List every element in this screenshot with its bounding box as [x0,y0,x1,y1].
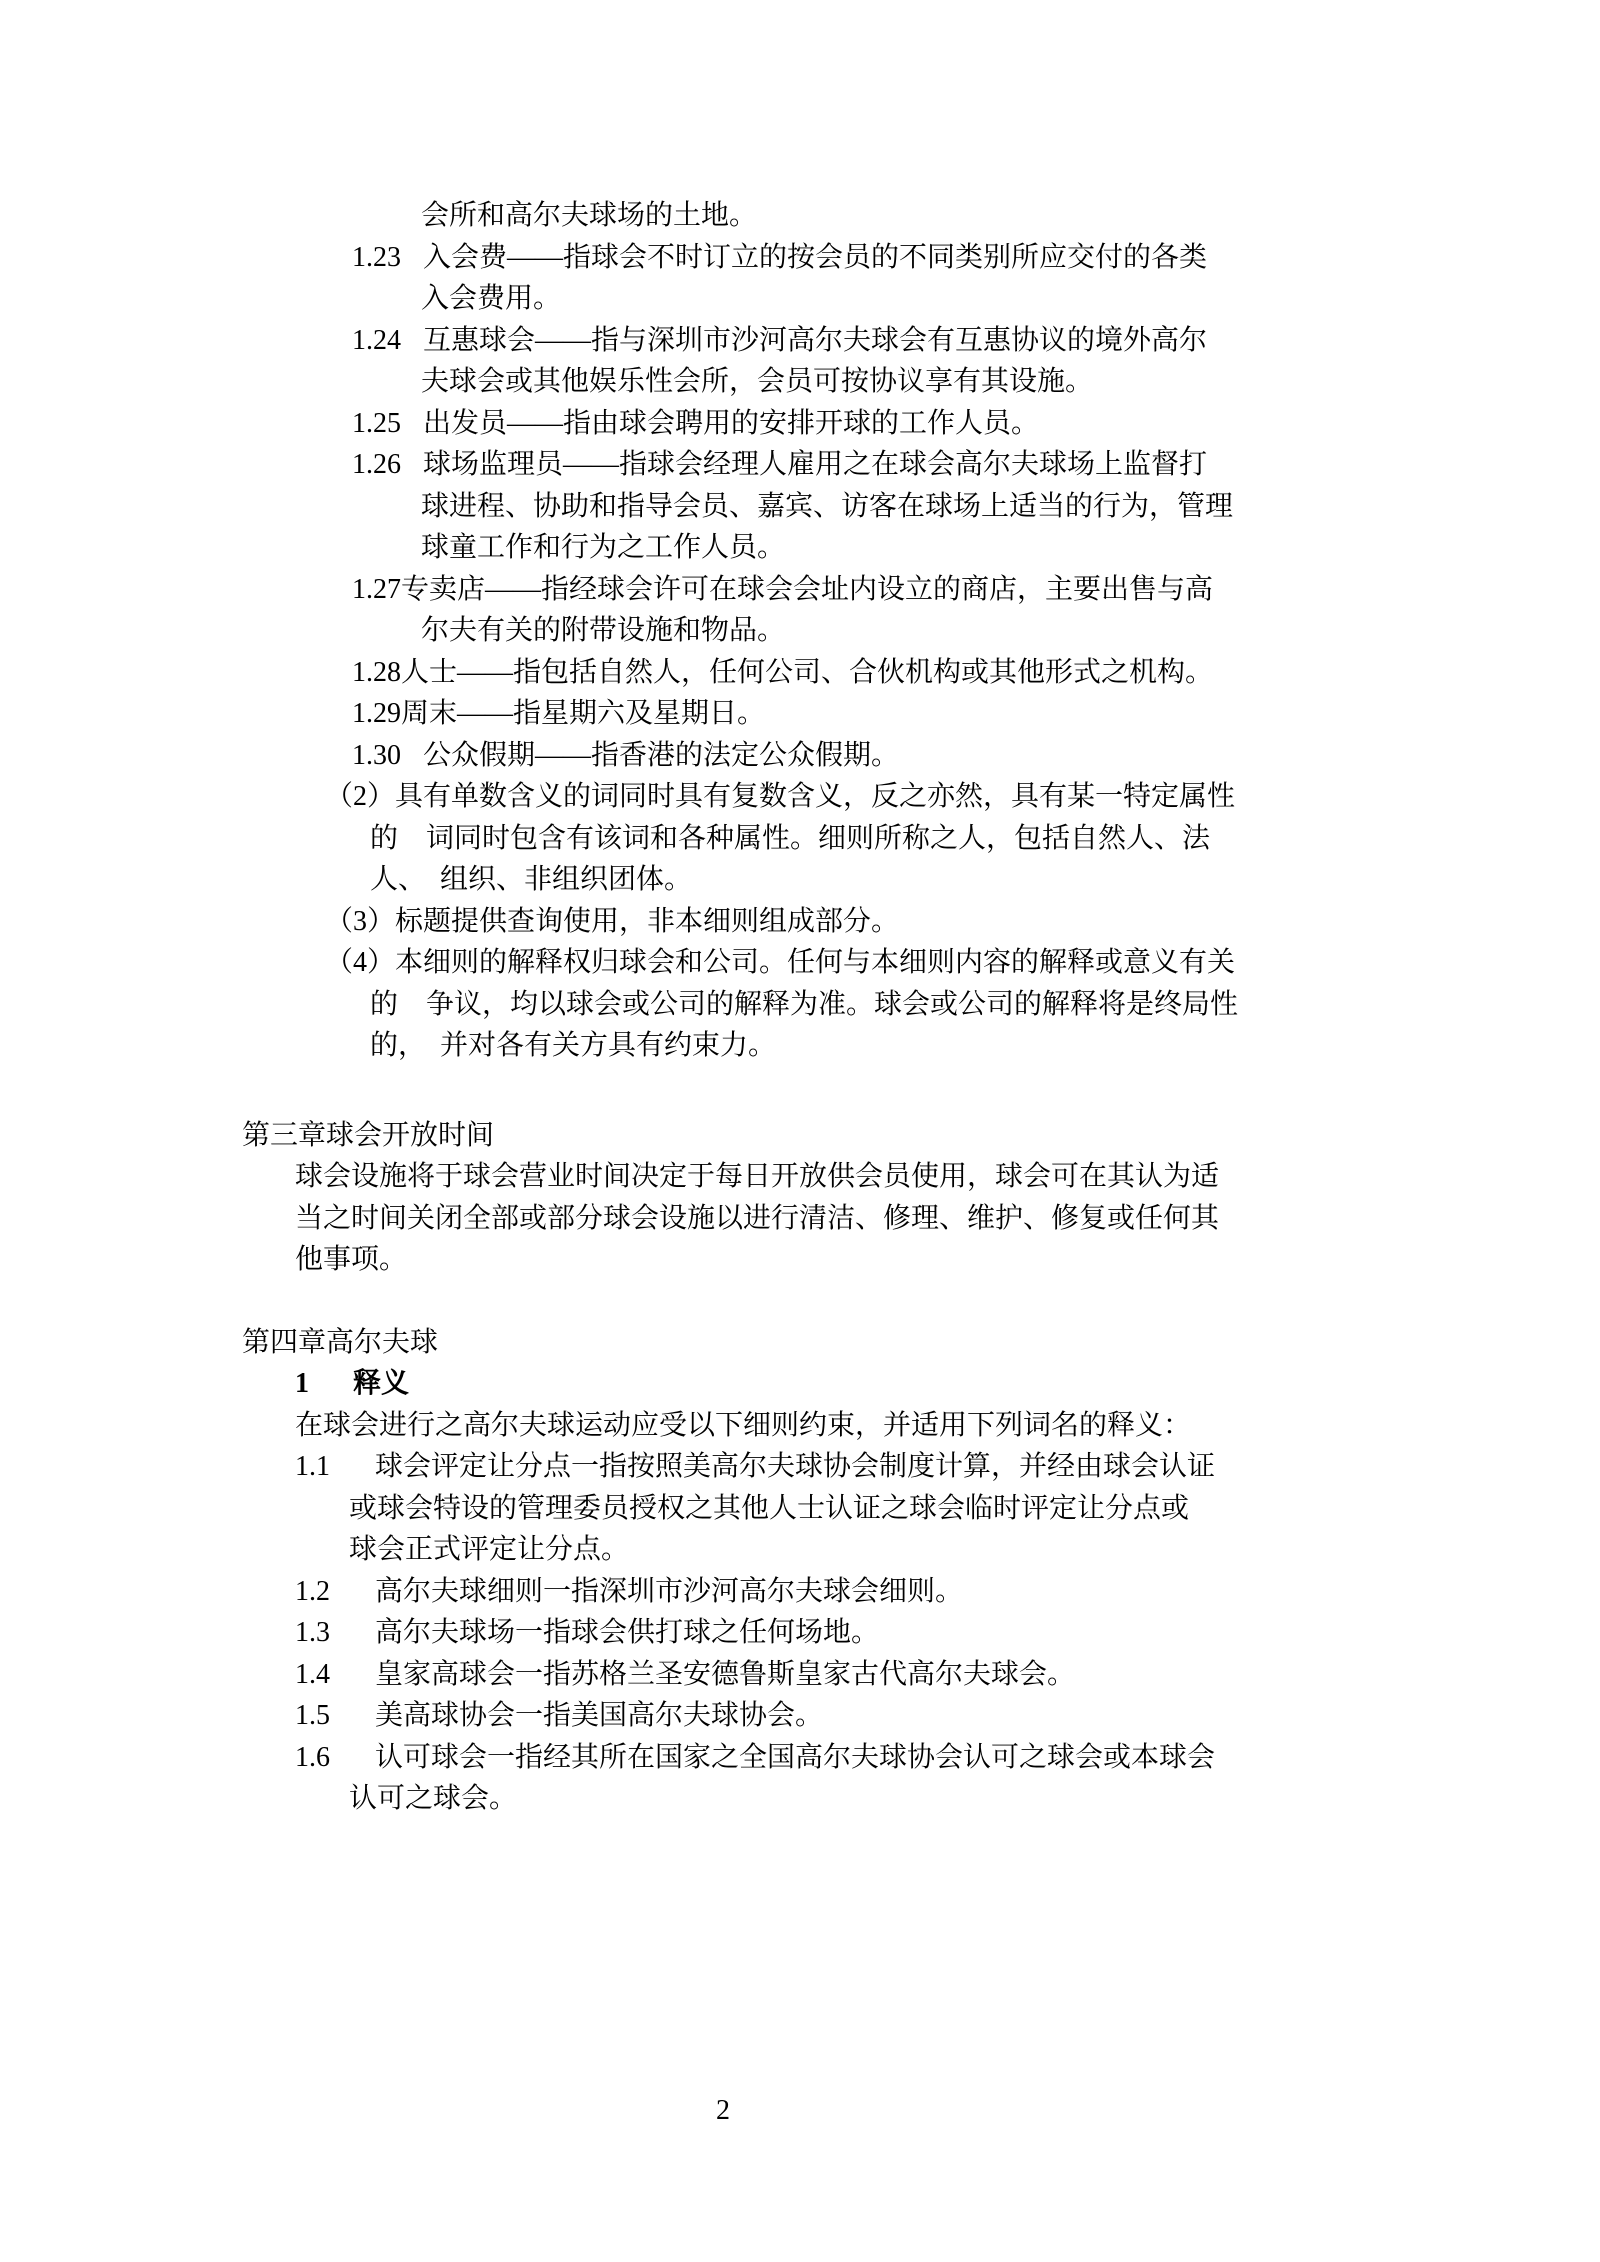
text-line: 球会设施将于球会营业时间决定于每日开放供会员使用，球会可在其认为适 [295,1156,1600,1198]
text-line: 1.5美高球协会一指美国高尔夫球协会。 [295,1695,1600,1737]
text-line: 1.27专卖店——指经球会许可在球会会址内设立的商店，主要出售与高 [352,569,1600,611]
text-line: 夫球会或其他娱乐性会所，会员可按协议享有其设施。 [421,361,1600,403]
text-line: 1.25出发员——指由球会聘用的安排开球的工作人员。 [352,403,1600,445]
line-text: 球场监理员——指球会经理人雇用之在球会高尔夫球场上监督打 [423,449,1207,480]
text-line: 的 词同时包含有该词和各种属性。细则所称之人，包括自然人、法 [370,818,1600,860]
text-line: 球童工作和行为之工作人员。 [421,527,1600,569]
text-line: 认可之球会。 [349,1778,1600,1820]
line-text: 皇家高球会一指苏格兰圣安德鲁斯皇家古代高尔夫球会。 [375,1659,1075,1690]
text-line: 入会费用。 [421,278,1600,320]
line-text: 美高球协会一指美国高尔夫球协会。 [375,1700,823,1731]
item-number: 1.30 [352,735,423,777]
item-number: 1.6 [295,1737,375,1779]
text-line: 球进程、协助和指导会员、嘉宾、访客在球场上适当的行为，管理 [421,486,1600,528]
page-number: 2 [716,2096,730,2126]
text-line: 1.3高尔夫球场一指球会供打球之任何场地。 [295,1612,1600,1654]
item-number: 1.23 [352,237,423,279]
text-line: 第四章高尔夫球 [242,1322,1600,1364]
item-number: 1.1 [295,1446,375,1488]
document-page: 会所和高尔夫球场的土地。1.23入会费——指球会不时订立的按会员的不同类别所应交… [0,0,1600,2262]
item-number: 1.2 [295,1571,375,1613]
item-number: 1.25 [352,403,423,445]
text-line: 1.6认可球会一指经其所在国家之全国高尔夫球协会认可之球会或本球会 [295,1737,1600,1779]
text-line: 的 争议，均以球会或公司的解释为准。球会或公司的解释将是终局性 [370,984,1600,1026]
item-number: 1.4 [295,1654,375,1696]
text-line: 1.29周末——指星期六及星期日。 [352,693,1600,735]
text-line: 球会正式评定让分点。 [349,1529,1600,1571]
line-text: 球会评定让分点一指按照美高尔夫球协会制度计算，并经由球会认证 [375,1451,1215,1482]
line-text: 互惠球会——指与深圳市沙河高尔夫球会有互惠协议的境外高尔 [423,325,1207,356]
text-line: 尔夫有关的附带设施和物品。 [421,610,1600,652]
text-line: 1.23入会费——指球会不时订立的按会员的不同类别所应交付的各类 [352,237,1600,279]
text-line: 或球会特设的管理委员授权之其他人士认证之球会临时评定让分点或 [349,1488,1600,1530]
line-text: 入会费——指球会不时订立的按会员的不同类别所应交付的各类 [423,242,1207,273]
line-text: 认可球会一指经其所在国家之全国高尔夫球协会认可之球会或本球会 [375,1742,1215,1773]
text-line: （3）标题提供查询使用，非本细则组成部分。 [325,901,1600,943]
item-number: 1 [295,1363,353,1405]
line-text: 释义 [353,1368,409,1399]
item-number: 1.3 [295,1612,375,1654]
text-line: 会所和高尔夫球场的土地。 [421,195,1600,237]
text-line: 第三章球会开放时间 [242,1115,1600,1157]
line-text: 高尔夫球场一指球会供打球之任何场地。 [375,1617,879,1648]
text-line: 在球会进行之高尔夫球运动应受以下细则约束，并适用下列词名的释义： [295,1405,1600,1447]
line-text: 高尔夫球细则一指深圳市沙河高尔夫球会细则。 [375,1576,963,1607]
text-line: 1.28人士——指包括自然人，任何公司、合伙机构或其他形式之机构。 [352,652,1600,694]
text-line: 1释义 [295,1363,1600,1405]
text-line: 1.4皇家高球会一指苏格兰圣安德鲁斯皇家古代高尔夫球会。 [295,1654,1600,1696]
text-line: 的， 并对各有关方具有约束力。 [370,1025,1600,1067]
line-text: 公众假期——指香港的法定公众假期。 [423,740,899,771]
item-number: 1.24 [352,320,423,362]
item-number: 1.26 [352,444,423,486]
text-line: （4）本细则的解释权归球会和公司。任何与本细则内容的解释或意义有关 [325,942,1600,984]
text-line: 1.1球会评定让分点一指按照美高尔夫球协会制度计算，并经由球会认证 [295,1446,1600,1488]
line-text: 出发员——指由球会聘用的安排开球的工作人员。 [423,408,1039,439]
text-line: 1.2高尔夫球细则一指深圳市沙河高尔夫球会细则。 [295,1571,1600,1613]
text-line: （2）具有单数含义的词同时具有复数含义，反之亦然，具有某一特定属性 [325,776,1600,818]
text-line: 1.24互惠球会——指与深圳市沙河高尔夫球会有互惠协议的境外高尔 [352,320,1600,362]
text-line: 1.26球场监理员——指球会经理人雇用之在球会高尔夫球场上监督打 [352,444,1600,486]
text-line: 当之时间关闭全部或部分球会设施以进行清洁、修理、维护、修复或任何其 [295,1198,1600,1240]
text-line: 1.30公众假期——指香港的法定公众假期。 [352,735,1600,777]
text-line: 人、 组织、非组织团体。 [370,859,1600,901]
item-number: 1.5 [295,1695,375,1737]
text-line: 他事项。 [295,1239,1600,1281]
document-content: 会所和高尔夫球场的土地。1.23入会费——指球会不时订立的按会员的不同类别所应交… [0,0,1600,1820]
